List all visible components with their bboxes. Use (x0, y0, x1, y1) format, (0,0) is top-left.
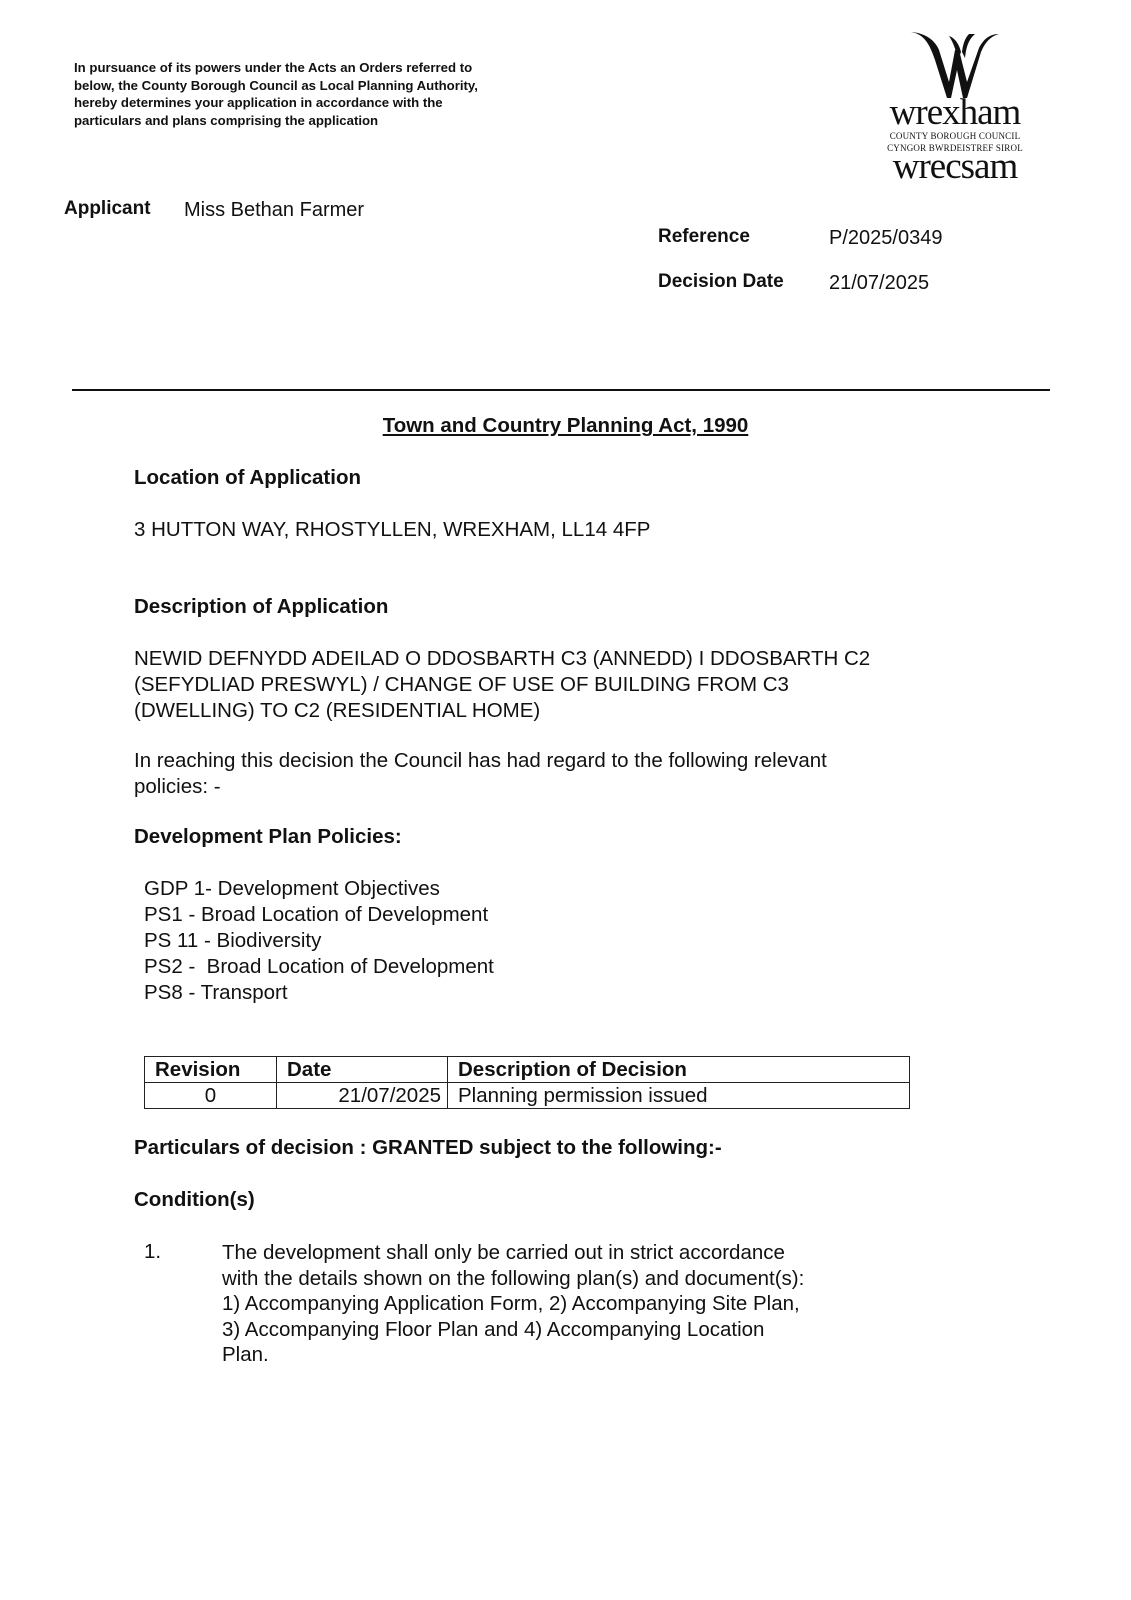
regard-text: In reaching this decision the Council ha… (134, 748, 904, 800)
cell-description: Planning permission issued (448, 1083, 910, 1109)
particulars-heading: Particulars of decision : GRANTED subjec… (134, 1136, 722, 1160)
applicant-value: Miss Bethan Farmer (184, 199, 364, 222)
policy-item: PS2 - Broad Location of Development (144, 954, 494, 980)
header-revision: Revision (145, 1057, 277, 1083)
logo-name-welsh: wrecsam (880, 150, 1030, 184)
policy-item: PS 11 - Biodiversity (144, 928, 494, 954)
table-header-row: Revision Date Description of Decision (145, 1057, 910, 1083)
location-value: 3 HUTTON WAY, RHOSTYLLEN, WREXHAM, LL14 … (134, 517, 934, 543)
reference-value: P/2025/0349 (829, 227, 942, 250)
policy-item: GDP 1- Development Objectives (144, 876, 494, 902)
header-date: Date (277, 1057, 448, 1083)
conditions-heading: Condition(s) (134, 1188, 255, 1212)
act-title: Town and Country Planning Act, 1990 (0, 414, 1131, 438)
policy-item: PS1 - Broad Location of Development (144, 902, 494, 928)
reference-label: Reference (658, 226, 750, 248)
cell-revision: 0 (145, 1083, 277, 1109)
council-logo: wrexham COUNTY BOROUGH COUNCIL CYNGOR BW… (880, 30, 1030, 195)
logo-name: wrexham (880, 96, 1030, 130)
condition-text: The development shall only be carried ou… (222, 1240, 872, 1368)
description-heading: Description of Application (134, 595, 388, 619)
description-text: NEWID DEFNYDD ADEILAD O DDOSBARTH C3 (AN… (134, 646, 934, 724)
logo-line1: COUNTY BOROUGH COUNCIL (880, 130, 1030, 142)
policies-list: GDP 1- Development Objectives PS1 - Broa… (144, 876, 494, 1006)
location-heading: Location of Application (134, 466, 361, 490)
decision-date-value: 21/07/2025 (829, 272, 929, 295)
divider (72, 389, 1050, 391)
preamble-text: In pursuance of its powers under the Act… (74, 59, 504, 129)
policies-heading: Development Plan Policies: (134, 825, 402, 849)
applicant-label: Applicant (64, 198, 151, 220)
cell-date: 21/07/2025 (277, 1083, 448, 1109)
wrexham-w-logo-icon (909, 30, 1001, 100)
decision-table: Revision Date Description of Decision 0 … (144, 1056, 910, 1109)
header-description: Description of Decision (448, 1057, 910, 1083)
condition-number: 1. (144, 1240, 161, 1264)
policy-item: PS8 - Transport (144, 980, 494, 1006)
table-row: 0 21/07/2025 Planning permission issued (145, 1083, 910, 1109)
decision-date-label: Decision Date (658, 271, 784, 293)
